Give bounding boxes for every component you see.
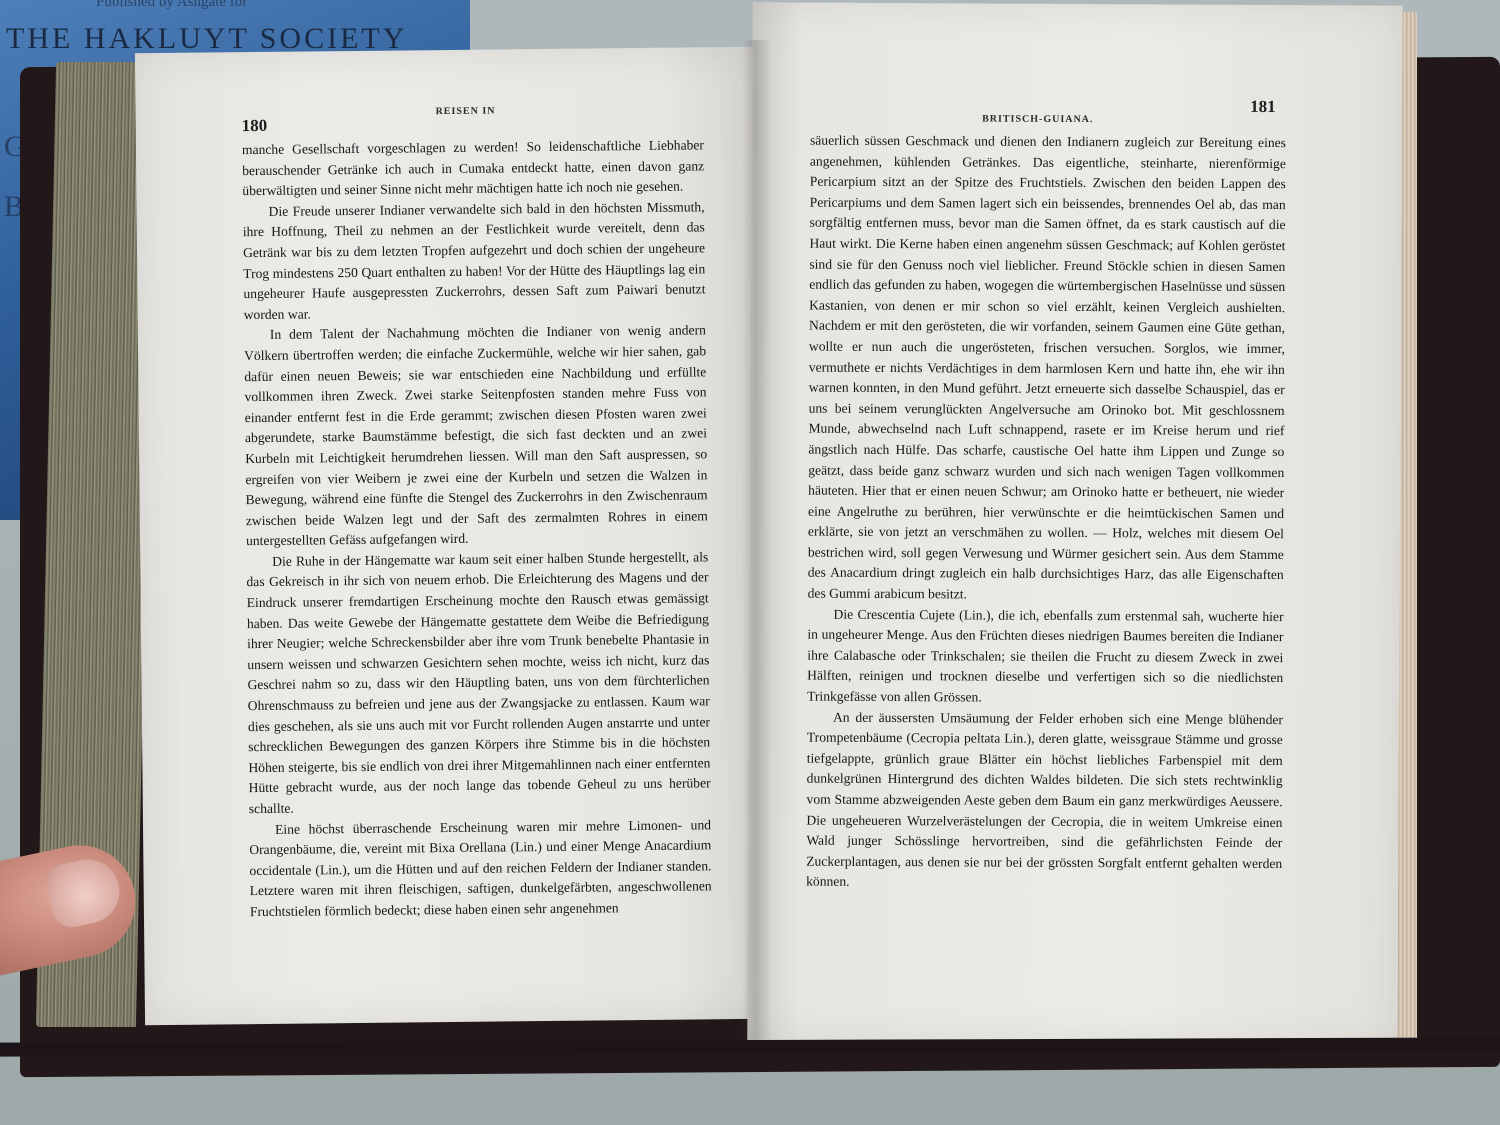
paragraph: Eine höchst überraschende Erscheinung wa…	[249, 815, 712, 923]
right-page: BRITISCH-GUIANA. 181 säuerlich süssen Ge…	[747, 2, 1402, 1045]
paragraph: Die Crescentia Cujete (Lin.), die ich, e…	[807, 604, 1284, 709]
paragraph: In dem Talent der Nachahmung möchten die…	[244, 321, 708, 552]
paragraph: Die Freude unserer Indianer verwandelte …	[242, 197, 705, 325]
thumbnail	[44, 853, 126, 930]
paragraph: säuerlich süssen Geschmack und dienen de…	[808, 131, 1286, 607]
page-number: 180	[242, 116, 268, 136]
paragraph: An der äussersten Umsäumung der Felder e…	[806, 707, 1283, 895]
paragraph: manche Gesellschaft vorgeschlagen zu wer…	[242, 135, 705, 202]
right-page-body: säuerlich süssen Geschmack und dienen de…	[806, 131, 1286, 895]
left-page: 180 REISEN IN manche Gesellschaft vorges…	[135, 47, 767, 1025]
brochure-publisher-line: Published by Ashgate for	[96, 0, 247, 11]
running-head: REISEN IN	[435, 106, 495, 118]
left-page-body: manche Gesellschaft vorgeschlagen zu wer…	[242, 135, 712, 922]
paragraph: Die Ruhe in der Hängematte war kaum seit…	[246, 547, 711, 820]
page-number: 181	[1250, 97, 1276, 117]
book-gutter	[742, 40, 772, 1045]
running-head: BRITISCH-GUIANA.	[982, 114, 1093, 126]
